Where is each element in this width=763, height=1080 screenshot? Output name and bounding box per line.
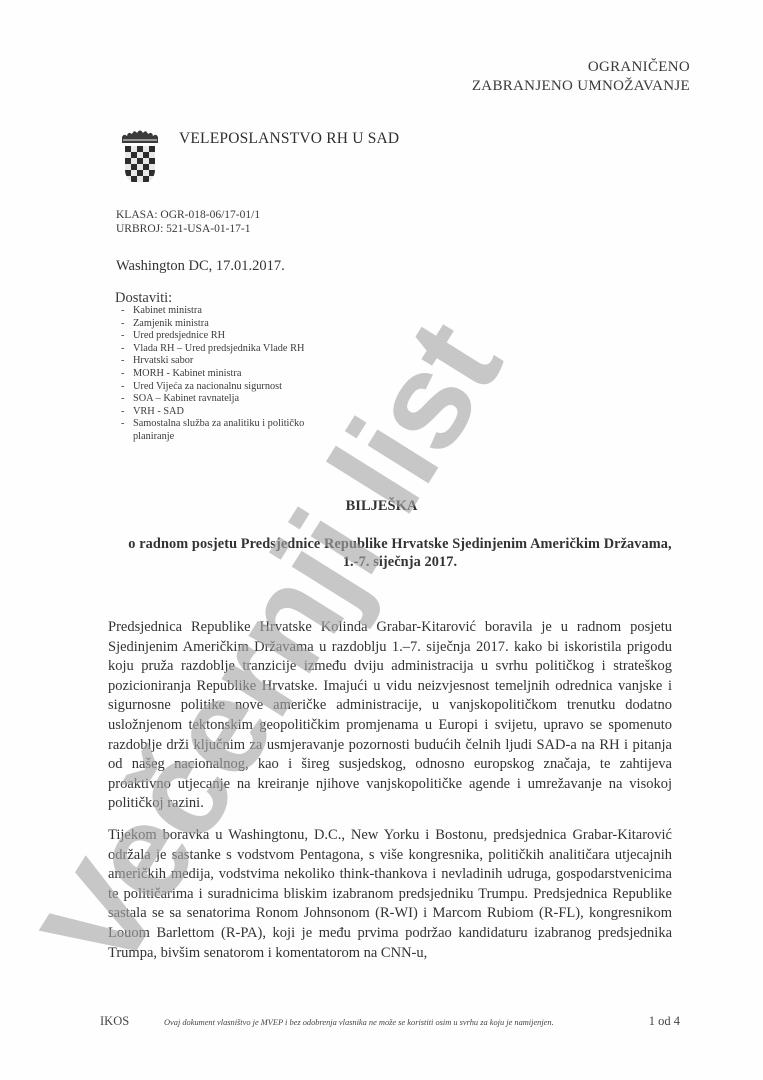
recipient-item: Samostalna služba za analitiku i politič…: [121, 418, 333, 443]
classification-header: OGRANIČENO ZABRANJENO UMNOŽAVANJE: [472, 58, 690, 96]
crown-icon: [121, 128, 159, 144]
croatian-coat-of-arms-icon: [120, 128, 160, 188]
place-and-date: Washington DC, 17.01.2017.: [116, 258, 285, 275]
recipient-item: Hrvatski sabor: [121, 355, 333, 368]
body-paragraph-2: Tijekom boravka u Washingtonu, D.C., New…: [108, 826, 672, 963]
document-subtitle: o radnom posjetu Predsjednice Republike …: [100, 535, 700, 571]
embassy-name: VELEPOSLANSTVO RH U SAD: [179, 130, 399, 148]
recipient-item: Vlada RH – Ured predsjednika Vlade RH: [121, 343, 333, 356]
document-page: OGRANIČENO ZABRANJENO UMNOŽAVANJE VELEPO…: [0, 0, 763, 1080]
subtitle-line-2: 1.-7. siječnja 2017.: [100, 553, 700, 571]
recipient-item: Ured predsjednice RH: [121, 330, 333, 343]
klasa-number: KLASA: OGR-018-06/17-01/1: [116, 208, 260, 222]
subtitle-line-1: o radnom posjetu Predsjednice Republike …: [100, 535, 700, 553]
checkerboard-shield: [125, 146, 155, 184]
copy-restriction: ZABRANJENO UMNOŽAVANJE: [472, 77, 690, 96]
reference-numbers: KLASA: OGR-018-06/17-01/1 URBROJ: 521-US…: [116, 208, 260, 236]
document-title: BILJEŠKA: [0, 498, 763, 515]
recipient-item: VRH - SAD: [121, 406, 333, 419]
paragraph-text: Tijekom boravka u Washingtonu, D.C., New…: [108, 826, 672, 963]
recipient-item: Ured Vijeća za nacionalnu sigurnost: [121, 381, 333, 394]
footer-code: IKOS: [100, 1014, 164, 1029]
urbroj-number: URBROJ: 521-USA-01-17-1: [116, 222, 260, 236]
paragraph-text: Predsjednica Republike Hrvatske Kolinda …: [108, 618, 672, 814]
recipient-item: MORH - Kabinet ministra: [121, 368, 333, 381]
footer-notice: Ovaj dokument vlasništvo je MVEP i bez o…: [164, 1018, 620, 1027]
distribution-list: Kabinet ministraZamjenik ministraUred pr…: [121, 305, 333, 444]
recipient-item: Kabinet ministra: [121, 305, 333, 318]
page-footer: IKOS Ovaj dokument vlasništvo je MVEP i …: [100, 1014, 680, 1029]
classification-level: OGRANIČENO: [472, 58, 690, 77]
page-number: 1 od 4: [620, 1014, 680, 1029]
letterhead: VELEPOSLANSTVO RH U SAD: [120, 128, 399, 188]
recipient-item: Zamjenik ministra: [121, 318, 333, 331]
recipient-item: SOA – Kabinet ravnatelja: [121, 393, 333, 406]
body-paragraph-1: Predsjednica Republike Hrvatske Kolinda …: [108, 618, 672, 814]
